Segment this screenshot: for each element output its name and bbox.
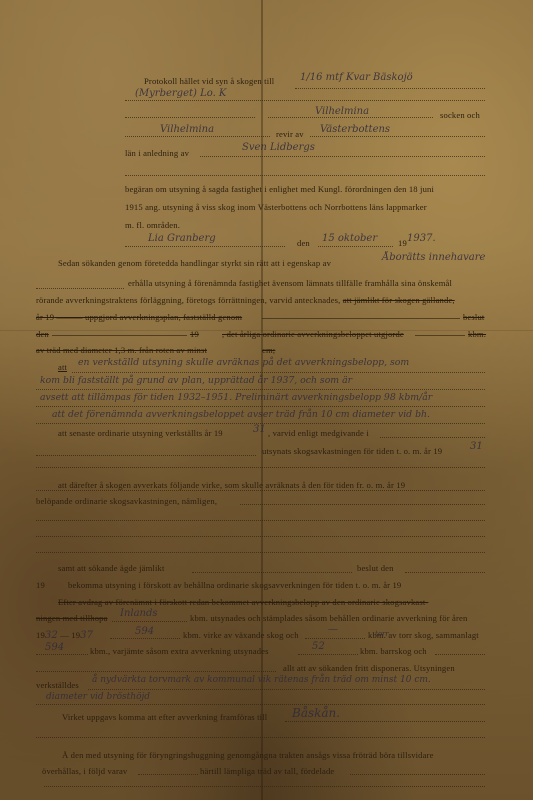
hw-att-3: avsett att tillämpas för tiden 1932–1951…	[40, 392, 432, 403]
text-ningen: ningen med tillhopa	[36, 613, 108, 623]
hw-egenskap: Åborätts innehavare	[382, 252, 485, 263]
text-hartill: härtill lämpliga träd av tall, fördelade	[200, 766, 334, 776]
text-ar19: år 19 ——— uppgjord avverkningsplan, fast…	[36, 312, 242, 322]
field-line	[36, 552, 485, 553]
strike-line	[52, 335, 187, 336]
hw-year-from: 32	[45, 630, 58, 641]
field-line	[435, 654, 485, 655]
text-ningen-a: ningen med tillhopa	[36, 613, 108, 623]
text-bekomma: bekomma utsyning i förskott av behållna …	[68, 580, 401, 590]
hw-verkstalldes-2: diameter vid brösthöjd	[46, 692, 150, 702]
hw-destination: Båskån.	[292, 706, 340, 720]
hw-property: 1/16 mtf Kvar Bäskojö	[300, 72, 413, 83]
text-belopande: belöpande ordinarie skogsavkastningen, n…	[36, 496, 217, 506]
field-line	[72, 372, 485, 373]
hw-date: 15 oktober	[322, 233, 377, 244]
text-beslut: beslut	[463, 312, 484, 322]
hw-torr: —	[328, 624, 338, 635]
field-line	[285, 721, 485, 722]
hw-socken: Vilhelmina	[315, 106, 369, 117]
hw-vaxande: 594	[135, 626, 154, 637]
field-line	[44, 786, 485, 787]
field-line	[318, 246, 393, 247]
hw-revir-pre: Vilhelmina	[160, 124, 214, 135]
text-rorande: rörande avverkningstraktens förläggning,…	[36, 295, 455, 305]
field-line	[36, 389, 485, 390]
hw-revir: Västerbottens	[320, 124, 390, 135]
field-line	[36, 737, 485, 738]
field-line	[138, 774, 198, 775]
text-den2: den	[36, 329, 49, 339]
field-line	[125, 246, 285, 247]
text-begaran-2: 1915 ang. utsyning å viss skog inom Väst…	[125, 202, 427, 212]
field-line	[36, 704, 485, 705]
field-line	[295, 88, 485, 89]
text-allt: allt att av sökanden fritt disponeras. U…	[283, 663, 455, 673]
field-line	[125, 136, 270, 137]
hw-utsynats-year: 31	[470, 441, 483, 452]
field-line	[200, 156, 485, 157]
field-line	[380, 437, 485, 438]
hw-applicant: Sven Lidbergs	[242, 142, 315, 153]
field-line	[36, 455, 256, 456]
field-line	[88, 689, 485, 690]
field-line	[36, 490, 485, 491]
text-dareiter: att därefter å skogen avverkats följande…	[58, 480, 405, 490]
text-ar19-a: år 19	[36, 312, 54, 322]
text-cm: cm;	[262, 345, 275, 355]
text-varvid: , varvid enligt medgivande i	[268, 428, 369, 438]
hw-year: 1937.	[399, 233, 436, 244]
hw-senaste-year: 31	[253, 424, 266, 435]
hw-year-to: 37	[80, 630, 93, 641]
label-socken: socken och	[440, 110, 480, 120]
field-line	[125, 100, 485, 101]
field-line	[192, 572, 352, 573]
field-line	[36, 654, 88, 655]
text-senaste: att senaste ordinarie utsyning verkställ…	[58, 428, 223, 438]
hw-att-2: kom bli fastställt på grund av plan, upp…	[40, 375, 352, 386]
text-den2-year: 19	[190, 329, 199, 339]
hw-tillhopa: Inlands	[120, 608, 158, 619]
title-line: Protokoll hället vid syn å skogen till	[144, 76, 274, 86]
text-sedan: Sedan sökanden genom företedda handlinga…	[58, 258, 331, 268]
text-kbm: kbm.	[468, 329, 486, 339]
text-varjamte: kbm., varjämte såsom extra avverkning ut…	[90, 646, 269, 656]
strike-line	[262, 318, 460, 319]
text-virke: kbm. virke av växande skog och	[183, 630, 299, 640]
field-line	[36, 467, 485, 468]
text-barrskog: kbm. barrskog och	[360, 646, 427, 656]
text-att: att	[58, 362, 67, 372]
hw-property-2: (Myrberget) Lo. K	[135, 88, 226, 99]
field-line	[310, 136, 485, 137]
field-line	[36, 288, 124, 289]
text-begaran-1: begäran om utsyning å sagda fastighet i …	[125, 184, 434, 194]
text-overhallas: överhållas, i följd varav	[42, 766, 127, 776]
field-line	[36, 536, 485, 537]
text-arliga: , det årliga ordinarie avverkningsbelopp…	[222, 329, 404, 339]
text-utsynats: utsynats skogsavkastningen för tiden t. …	[262, 446, 442, 456]
strike-line	[415, 335, 465, 336]
text-ar19-b: uppgjord avverkningsplan, fastställd gen…	[85, 312, 242, 322]
text-efter: Efter avdrag av förenämnt i förskott red…	[58, 597, 428, 607]
text-efter-struck: Efter avdrag av förenämnt i förskott red…	[58, 597, 428, 607]
hw-verkstalldes-1: å nydvärkta torvmark av kommunal vik rät…	[92, 675, 431, 685]
text-samt: samt att sökande ägde jämlikt	[58, 563, 165, 573]
text-a-den: Å den med utsyning för föryngringshuggni…	[62, 750, 434, 760]
field-line	[112, 621, 187, 622]
hw-extra: 52	[312, 641, 325, 652]
field-line	[36, 520, 485, 521]
text-beslut-den: beslut den	[357, 563, 394, 573]
text-erhalla: erhålla utsyning å förenämnda fastighet …	[128, 278, 452, 288]
label-revir: revir av	[276, 129, 304, 139]
text-virket: Virket uppgavs komma att efter avverknin…	[62, 712, 267, 722]
hw-att-4: att det förenämnda avverkningsbeloppet a…	[52, 409, 430, 420]
hw-sammanlagt: 594	[45, 642, 64, 653]
text-utsynades: kbm. utsynades och stämplades såsom behå…	[190, 613, 467, 623]
hw-att-1: en verkställd utsyning skulle avräknas p…	[78, 357, 409, 368]
field-line	[268, 117, 433, 118]
field-line	[125, 175, 485, 176]
label-den: den	[297, 238, 310, 248]
text-rorande-a: rörande avverkningstraktens förläggning,…	[36, 295, 340, 305]
label-lan: län i anledning av	[125, 148, 189, 158]
field-line	[298, 654, 358, 655]
field-line	[305, 638, 365, 639]
field-line	[240, 504, 485, 505]
field-line	[36, 406, 485, 407]
text-begaran-3: m. fl. områden.	[125, 220, 180, 230]
field-line	[350, 774, 485, 775]
text-rorande-struck: att jämlikt för skogen gällande,	[343, 295, 455, 305]
hw-extra-note: torr	[375, 630, 389, 638]
text-bekomma-year: 19	[36, 580, 45, 590]
hw-place: Lia Granberg	[148, 233, 216, 244]
text-verkstalldes: verkställdes	[36, 680, 79, 690]
field-line	[405, 572, 485, 573]
field-line	[125, 117, 255, 118]
field-line	[36, 671, 276, 672]
text-avtrad: av träd med diameter 1,3 m. från roten a…	[36, 345, 207, 355]
text-year-range: 1932 — 1937	[36, 630, 93, 641]
field-line	[110, 638, 180, 639]
